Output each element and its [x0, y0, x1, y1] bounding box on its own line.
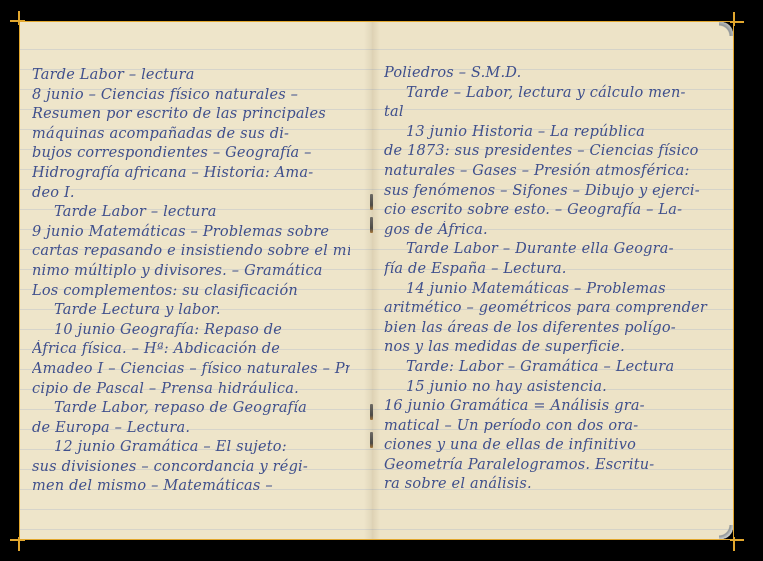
notebook-spine	[364, 22, 380, 539]
handwritten-line: bujos correspondientes – Geografía –	[32, 144, 350, 164]
handwritten-line: Geometría Paralelogramos. Escritu-	[384, 456, 724, 476]
handwritten-line: nimo múltiplo y divisores. – Gramática	[32, 262, 350, 282]
handwritten-line: aritmético – geométricos para comprender	[384, 299, 724, 319]
page-corner-curl-top	[719, 22, 733, 36]
handwritten-line: 15 junio no hay asistencia.	[384, 378, 724, 398]
staple-3	[370, 404, 373, 420]
handwritten-line: 13 junio Historia – La república	[384, 123, 724, 143]
handwritten-line: 8 junio – Ciencias físico naturales –	[32, 86, 350, 106]
crop-mark-bottom-left-v	[18, 537, 20, 551]
handwritten-line: Tarde Labor – lectura	[32, 203, 350, 223]
handwritten-line: Tarde Labor, repaso de Geografía	[32, 399, 350, 419]
handwritten-line: naturales – Gases – Presión atmosférica:	[384, 162, 724, 182]
handwritten-line: Tarde Labor – lectura	[32, 66, 350, 86]
staple-1	[370, 194, 373, 210]
handwritten-line: fía de España – Lectura.	[384, 260, 724, 280]
crop-mark-top-right-v	[733, 12, 735, 26]
staple-2	[370, 217, 373, 233]
handwritten-line: cartas repasando e insistiendo sobre el …	[32, 242, 350, 262]
handwritten-line: ra sobre el análisis.	[384, 475, 724, 495]
handwritten-line: máquinas acompañadas de sus di-	[32, 125, 350, 145]
handwritten-line: cio escrito sobre esto. – Geografía – La…	[384, 201, 724, 221]
handwritten-line: deo I.	[32, 184, 350, 204]
handwritten-line: 12 junio Gramática – El sujeto:	[32, 438, 350, 458]
handwritten-line: gos de África.	[384, 221, 724, 241]
left-page-text: Tarde Labor – lectura 8 junio – Ciencias…	[32, 66, 350, 497]
handwritten-line: sus fenómenos – Sifones – Dibujo y ejerc…	[384, 182, 724, 202]
handwritten-line: Poliedros – S.M.D.	[384, 64, 724, 84]
handwritten-line: Tarde Lectura y labor.	[32, 301, 350, 321]
handwritten-line: África física. – Hª: Abdicación de	[32, 340, 350, 360]
handwritten-line: 9 junio Matemáticas – Problemas sobre	[32, 223, 350, 243]
crop-mark-bottom-right-v	[733, 537, 735, 551]
handwritten-line: tal	[384, 103, 724, 123]
handwritten-line: Tarde Labor – Durante ella Geogra-	[384, 240, 724, 260]
handwritten-line: 16 junio Gramática = Análisis gra-	[384, 397, 724, 417]
handwritten-line: men del mismo – Matemáticas –	[32, 477, 350, 497]
handwritten-line: bien las áreas de los diferentes polígo-	[384, 319, 724, 339]
handwritten-line: 10 junio Geografía: Repaso de	[32, 321, 350, 341]
right-page-text: Poliedros – S.M.D. Tarde – Labor, lectur…	[384, 64, 724, 495]
handwritten-line: Hidrografía africana – Historia: Ama-	[32, 164, 350, 184]
handwritten-line: ciones y una de ellas de infinitivo	[384, 436, 724, 456]
handwritten-line: matical – Un período con dos ora-	[384, 417, 724, 437]
handwritten-line: cipio de Pascal – Prensa hidráulica.	[32, 380, 350, 400]
staple-4	[370, 432, 373, 448]
handwritten-line: de 1873: sus presidentes – Ciencias físi…	[384, 142, 724, 162]
handwritten-line: 14 junio Matemáticas – Problemas	[384, 280, 724, 300]
page-corner-curl-bottom	[719, 525, 733, 539]
handwritten-line: Los complementos: su clasificación	[32, 282, 350, 302]
handwritten-line: sus divisiones – concordancia y régi-	[32, 458, 350, 478]
handwritten-line: Resumen por escrito de las principales	[32, 105, 350, 125]
handwritten-line: Amadeo I – Ciencias – físico naturales –…	[32, 360, 350, 380]
handwritten-line: nos y las medidas de superficie.	[384, 338, 724, 358]
handwritten-line: Tarde: Labor – Gramática – Lectura	[384, 358, 724, 378]
handwritten-line: de Europa – Lectura.	[32, 419, 350, 439]
handwritten-line: Tarde – Labor, lectura y cálculo men-	[384, 84, 724, 104]
